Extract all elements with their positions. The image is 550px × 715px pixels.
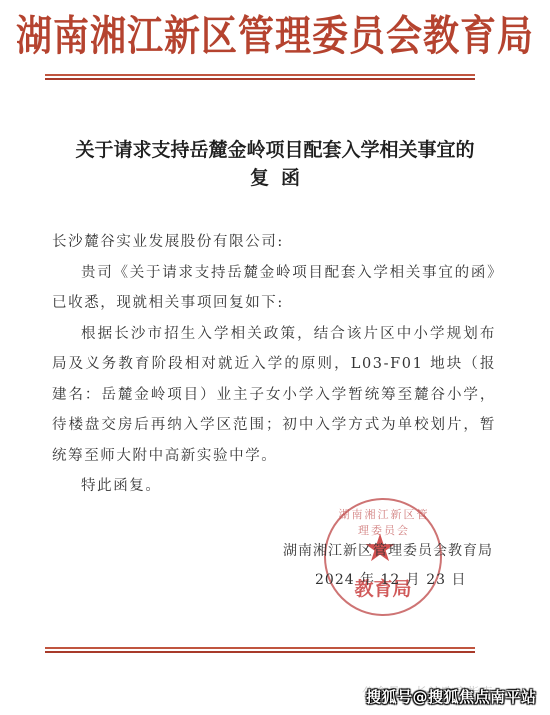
signature-org: 湖南湘江新区管理委员会教育局 <box>283 540 493 560</box>
paragraph-3: 特此函复。 <box>52 471 496 502</box>
document-title-line2: 复函 <box>40 164 510 192</box>
document-body: 长沙麓谷实业发展股份有限公司: 贵司《关于请求支持岳麓金岭项目配套入学相关事宜的… <box>64 227 496 502</box>
letterhead-title: 湖南湘江新区管理委员会教育局 <box>0 11 550 62</box>
signature-date: 2024 年 12 月 23 日 <box>315 569 467 589</box>
letterhead-rule-top <box>45 74 475 80</box>
paragraph-2: 根据长沙市招生入学相关政策，结合该片区中小学规划布局及义务教育阶段相对就近入学的… <box>52 319 496 472</box>
source-watermark: 搜狐号@搜狐焦点南平站 <box>366 686 537 707</box>
footer-rule <box>45 647 475 653</box>
document-title-line1: 关于请求支持岳麓金岭项目配套入学相关事宜的 <box>75 139 474 161</box>
recipient: 长沙麓谷实业发展股份有限公司: <box>52 227 496 258</box>
paragraph-1: 贵司《关于请求支持岳麓金岭项目配套入学相关事宜的函》已收悉，现就相关事项回复如下… <box>52 258 496 319</box>
document-title: 关于请求支持岳麓金岭项目配套入学相关事宜的 复函 <box>40 136 510 192</box>
